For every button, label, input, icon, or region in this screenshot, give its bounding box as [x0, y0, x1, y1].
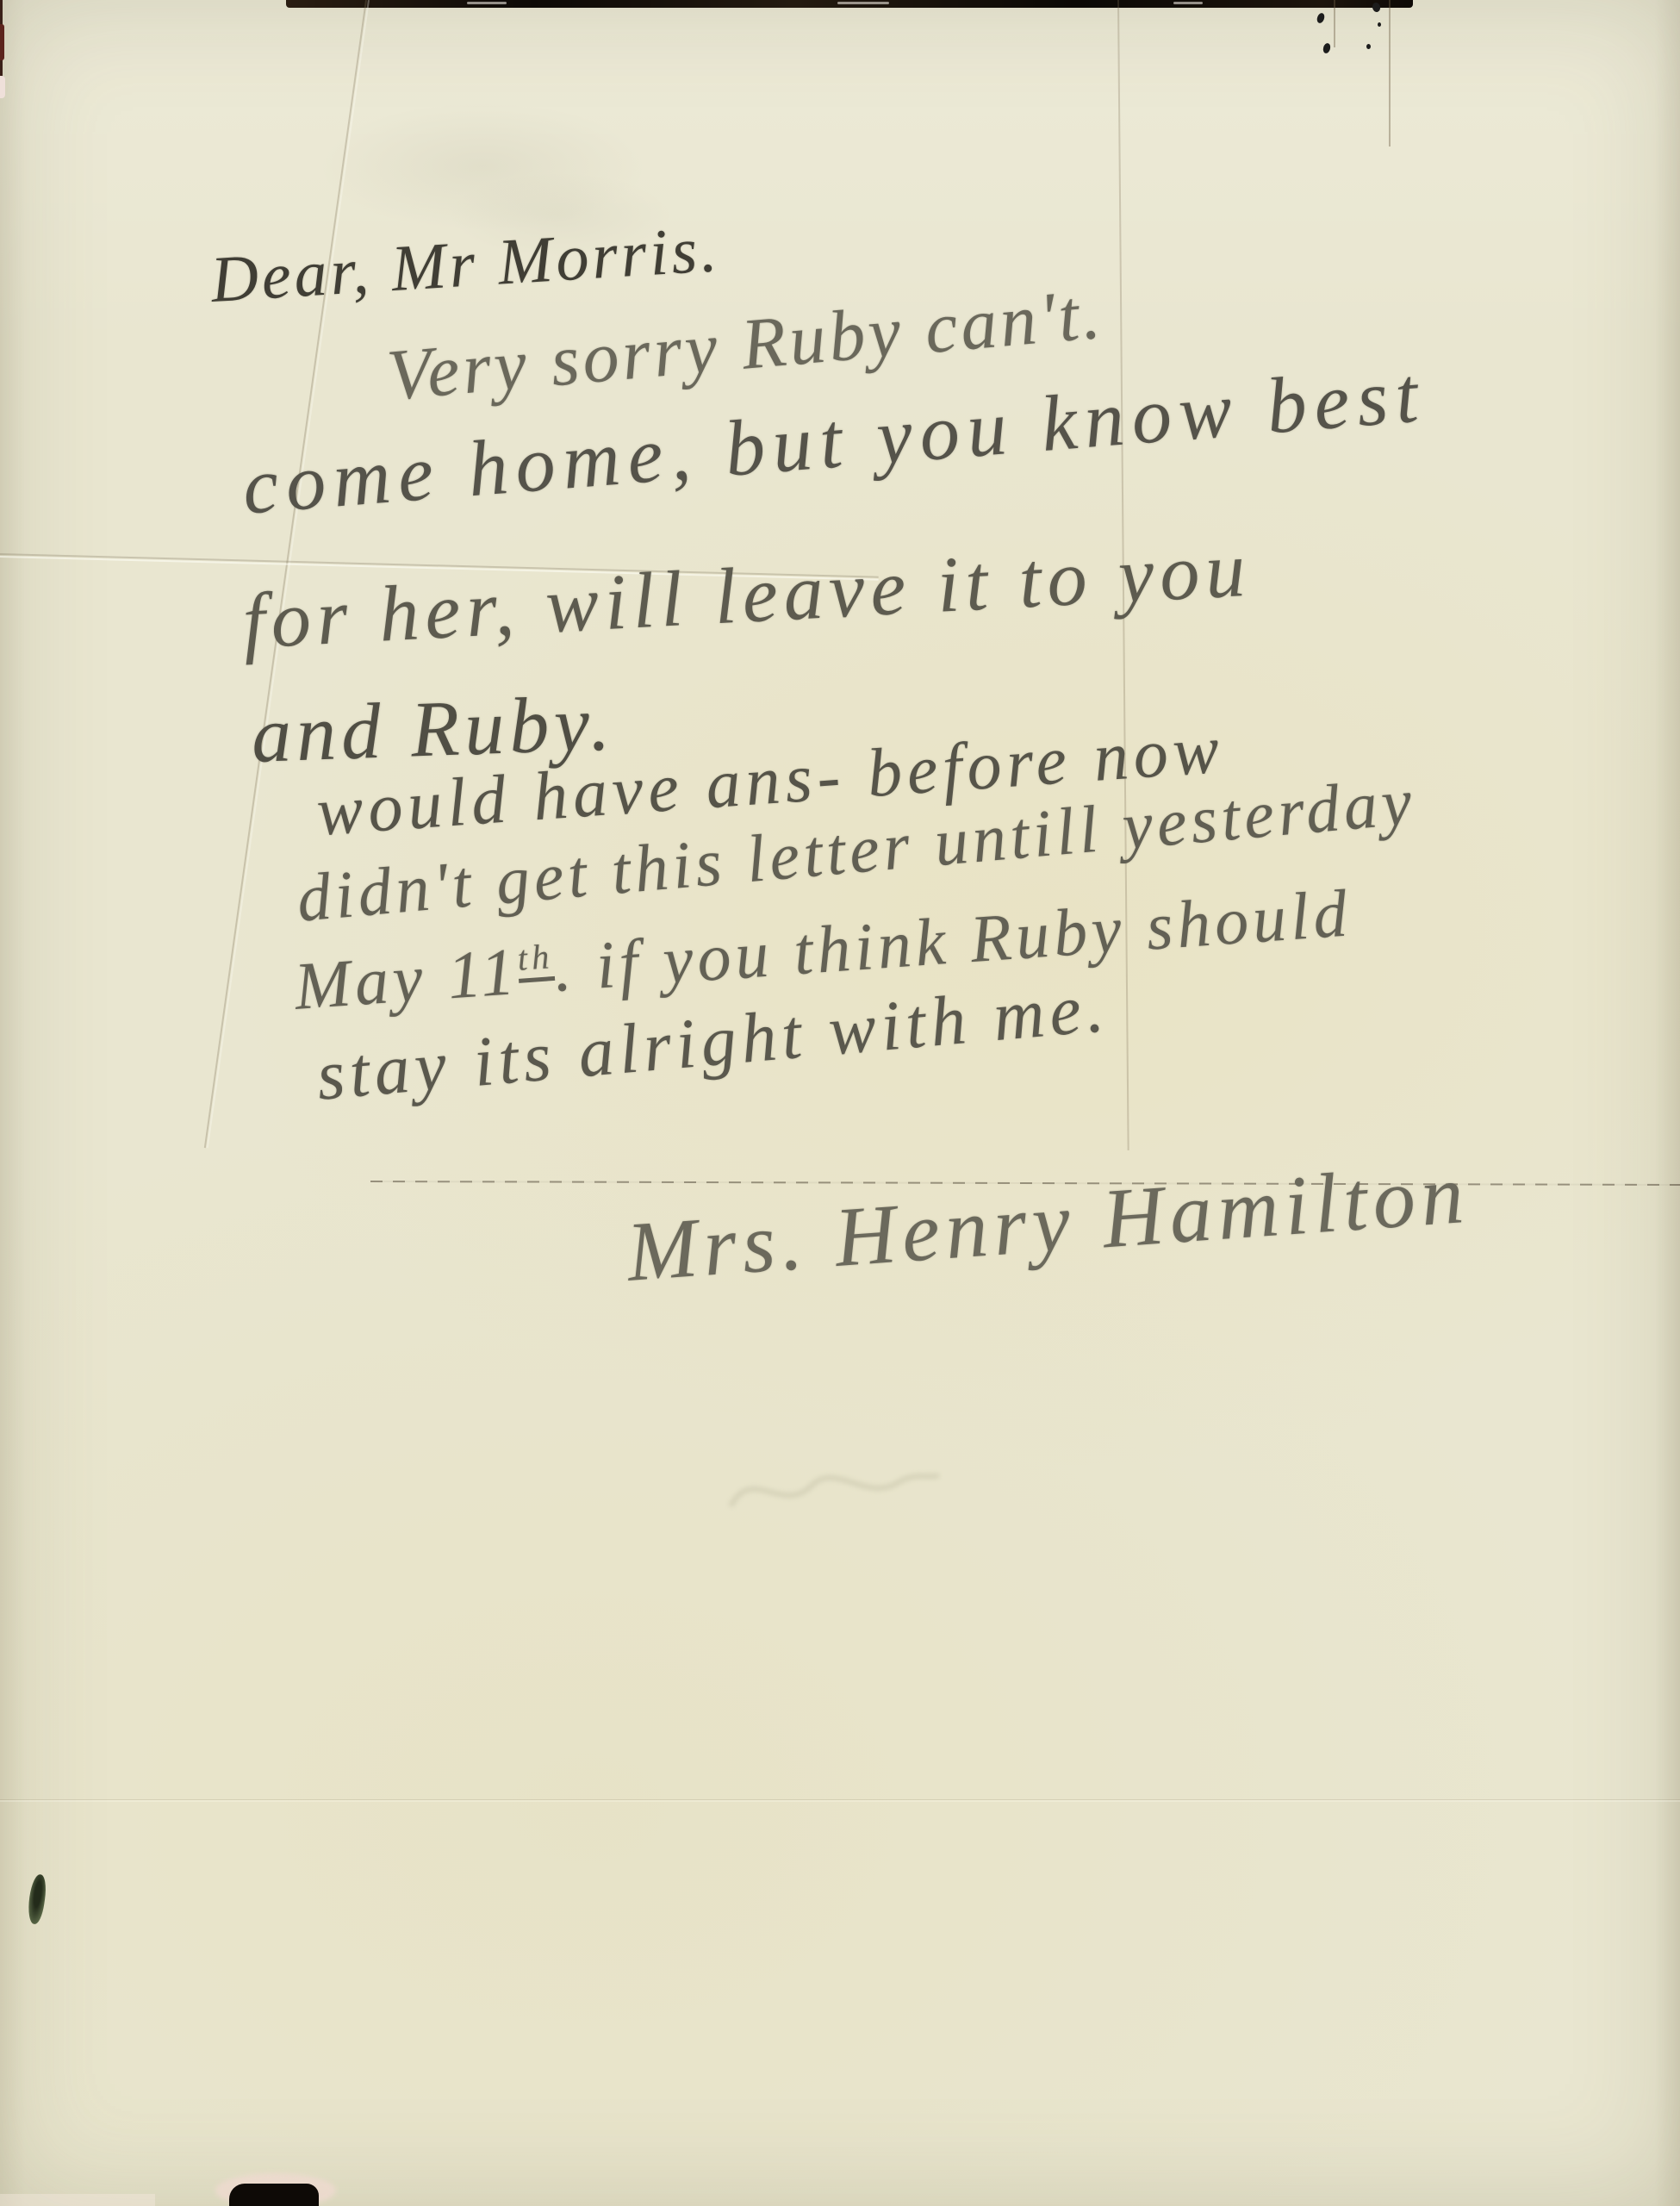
- signature-line: Mrs. Henry Hamilton: [624, 1146, 1472, 1301]
- scan-edge-glint: [1173, 2, 1203, 4]
- scan-edge-glint: [837, 2, 889, 4]
- handwritten-line: for her, will leave it to you: [240, 523, 1253, 667]
- green-fleck: [26, 1873, 48, 1925]
- scan-left-edge-mark: [0, 24, 4, 60]
- scan-left-edge-notch: [0, 76, 5, 98]
- ink-speck: [1378, 22, 1381, 27]
- ink-speck: [1316, 12, 1326, 24]
- scan-bottom-edge-light: [0, 2194, 155, 2206]
- bleed-through-smudge: [319, 102, 646, 231]
- fold-crease-highlight: [0, 1800, 1680, 1802]
- ink-speck: [1366, 44, 1371, 49]
- handwritten-letter-scan: Dear, Mr Morris. Very sorry Ruby can't. …: [0, 0, 1680, 2206]
- scan-edge-glint: [467, 2, 507, 4]
- bleed-through-writing: [722, 1453, 946, 1530]
- salutation-line: Dear, Mr Morris.: [208, 212, 722, 318]
- date-ordinal-superscript: th: [516, 937, 555, 983]
- date-text: May 11: [292, 933, 521, 1024]
- ink-blob: [229, 2184, 319, 2206]
- fold-crease-tick: [1334, 0, 1335, 47]
- fold-crease-tick: [1389, 0, 1391, 146]
- ink-speck: [1322, 42, 1332, 54]
- scan-top-edge-artifact: [286, 0, 1413, 8]
